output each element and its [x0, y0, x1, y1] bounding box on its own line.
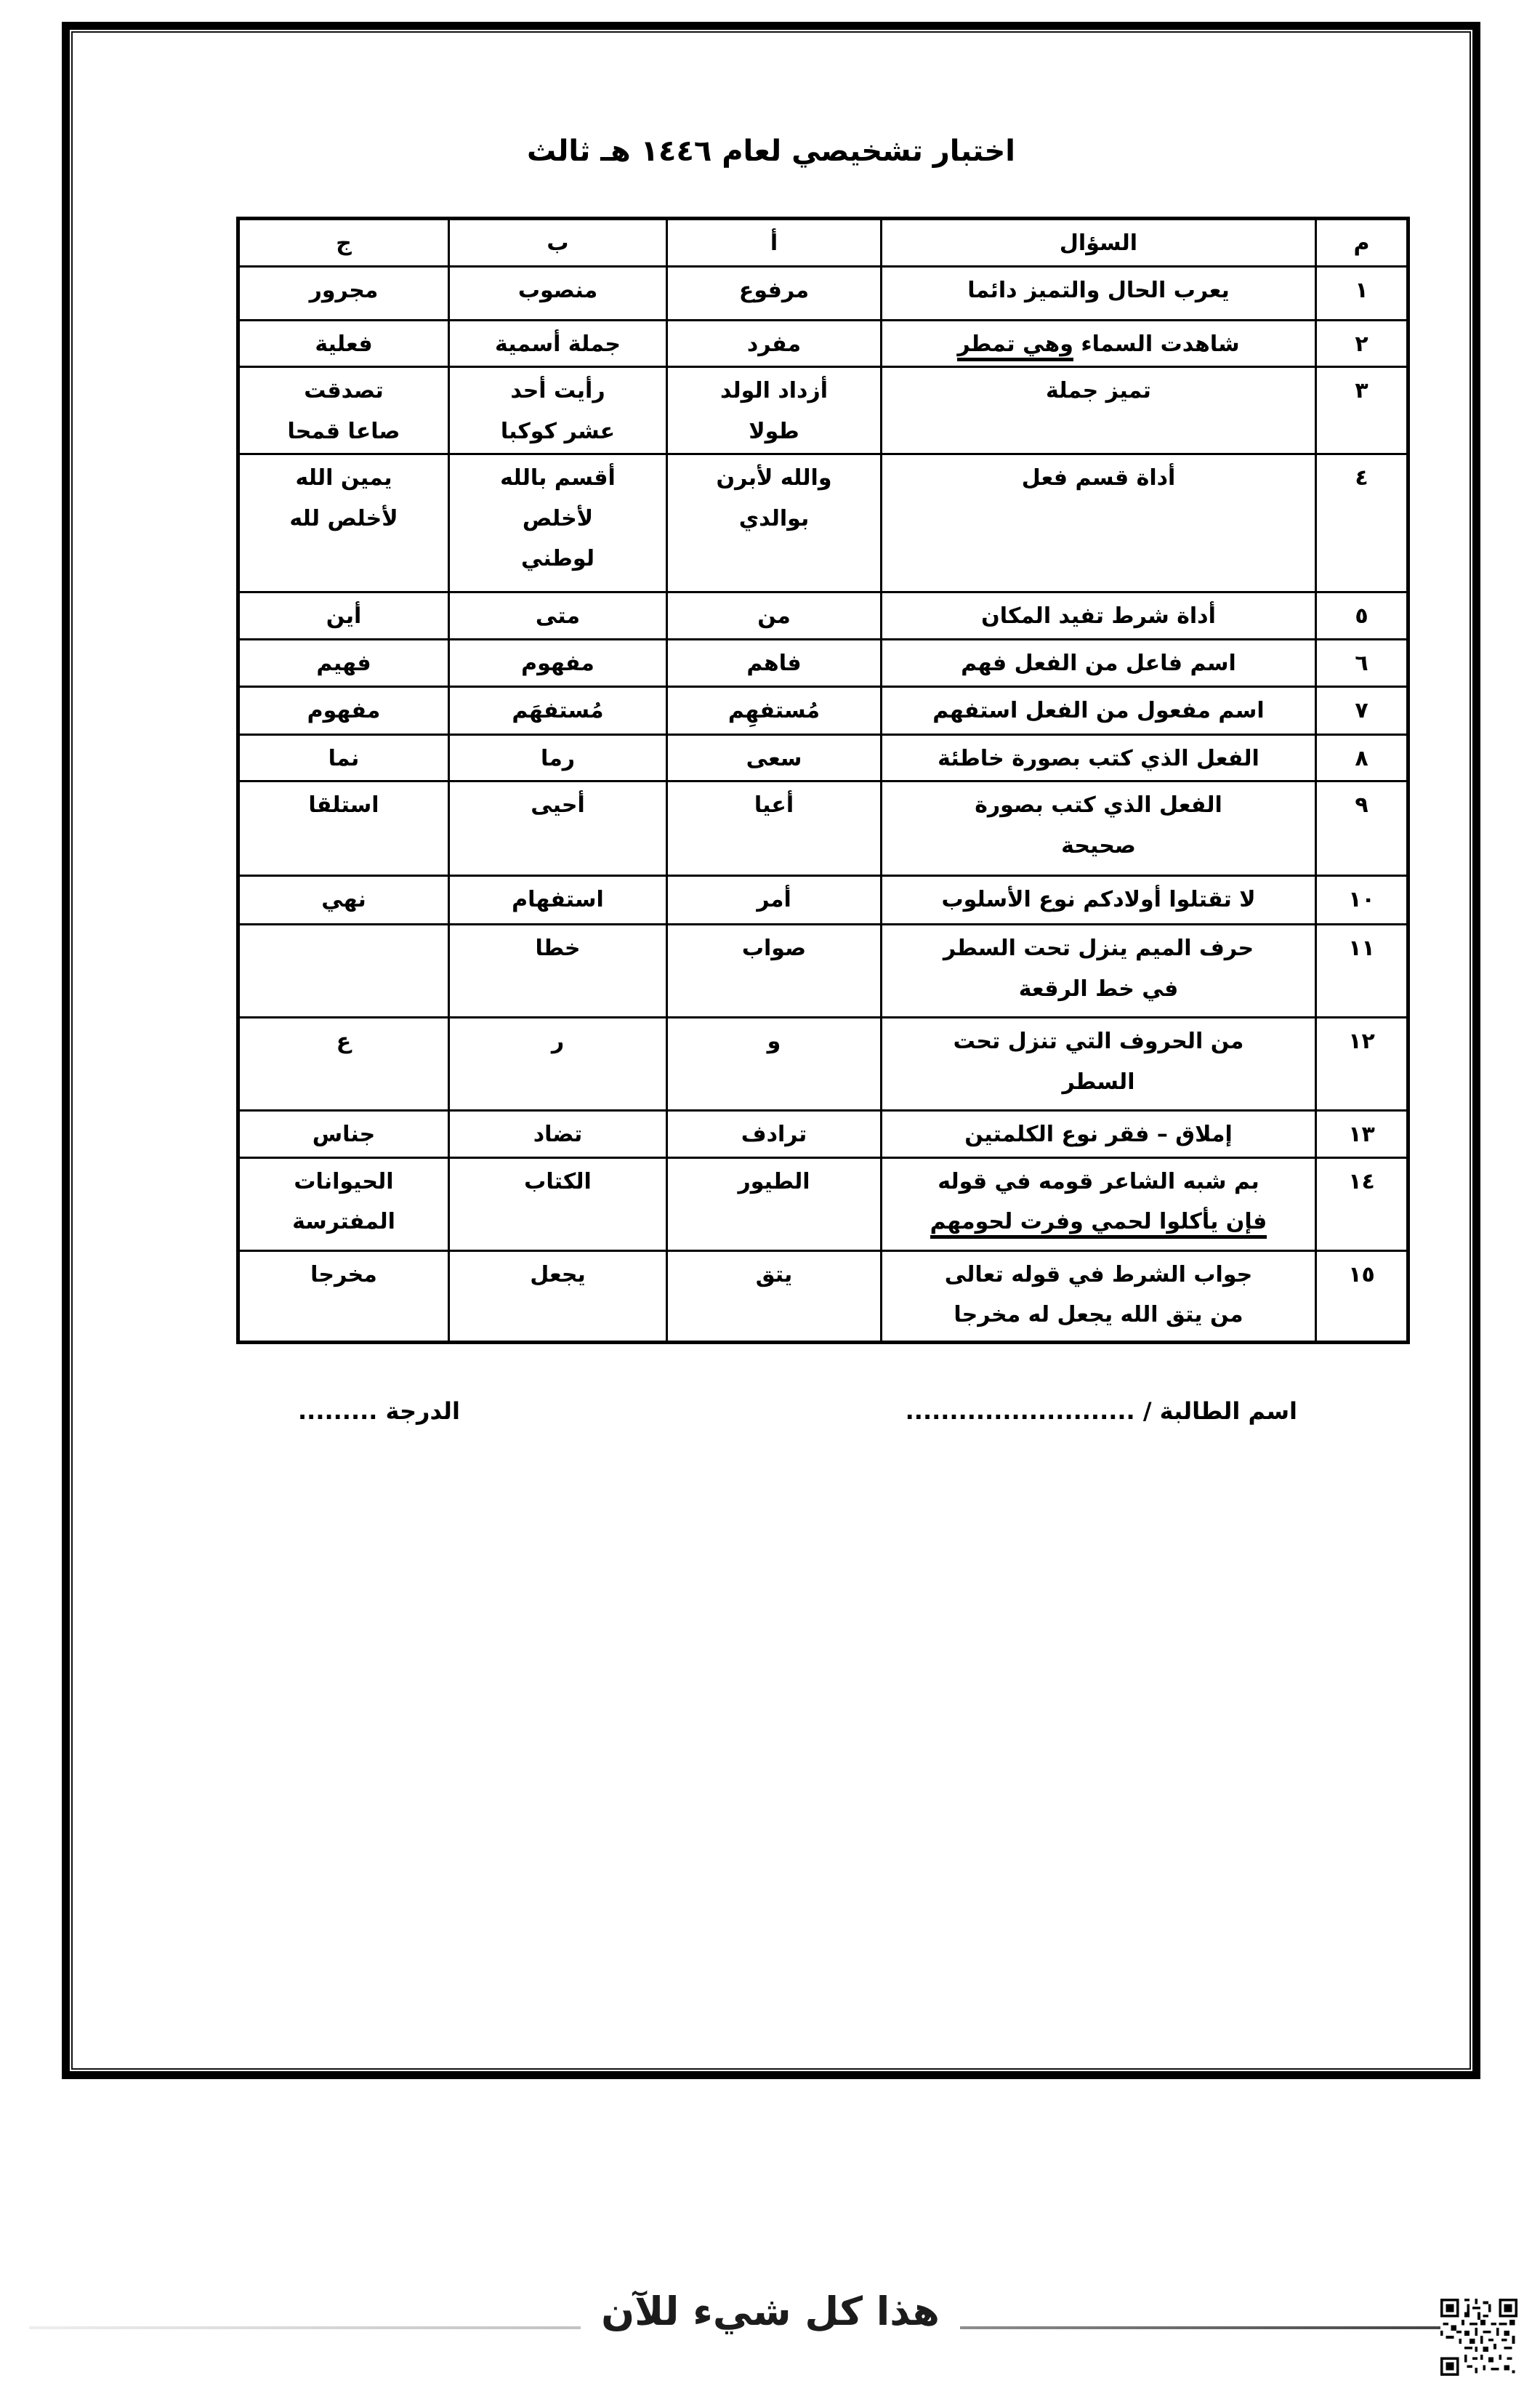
question-cell: الفعل الذي كتب بصورة خاطئة — [882, 734, 1316, 781]
header-num: م — [1316, 219, 1408, 267]
choice-a: من — [667, 592, 882, 640]
question-number: ٦ — [1316, 639, 1408, 686]
question-text: أداة شرط تفيد المكان — [981, 603, 1216, 629]
choice-c — [238, 925, 449, 1018]
footer-slogan-text: هذا كل شيء للآن — [581, 2289, 960, 2334]
question-number: ١٥ — [1316, 1250, 1408, 1342]
choice-c: مجرور — [238, 266, 449, 320]
choice-a: والله لأبرن بوالدي — [667, 454, 882, 592]
table-row: ١٣ إملاق – فقر نوع الكلمتين ترادف تضاد ج… — [238, 1111, 1408, 1158]
question-cell: جواب الشرط في قوله تعالى من يتق الله يجع… — [882, 1250, 1316, 1342]
choice-b: أقسم بالله لأخلص لوطني — [449, 454, 667, 592]
question-text: الفعل الذي كتب بصورة صحيحة — [975, 792, 1222, 859]
question-number: ١٤ — [1316, 1157, 1408, 1250]
choice-b: جملة أسمية — [449, 320, 667, 367]
table-row: ١٢ من الحروف التي تنزل تحت السطر و ر ع — [238, 1018, 1408, 1111]
table-row: ١ يعرب الحال والتميز دائما مرفوع منصوب م… — [238, 266, 1408, 320]
student-name-label: اسم الطالبة / .......................... — [906, 1397, 1297, 1425]
table-row: ٧ اسم مفعول من الفعل استفهم مُستفهِم مُس… — [238, 686, 1408, 734]
choice-a: فاهم — [667, 639, 882, 686]
choice-c: نهي — [238, 876, 449, 925]
question-cell: الفعل الذي كتب بصورة صحيحة — [882, 781, 1316, 876]
choice-c: يمين الله لأخلص لله — [238, 454, 449, 592]
choice-b: متى — [449, 592, 667, 640]
choice-b: الكتاب — [449, 1157, 667, 1250]
choice-b: رأيت أحد عشر كوكبا — [449, 367, 667, 454]
table-row: ٨ الفعل الذي كتب بصورة خاطئة سعى رما نما — [238, 734, 1408, 781]
table-row: ١٤ بم شبه الشاعر قومه في قوله فإن يأكلوا… — [238, 1157, 1408, 1250]
question-text: بم شبه الشاعر قومه في قوله — [938, 1169, 1259, 1194]
question-text: لا تقتلوا أولادكم نوع الأسلوب — [941, 887, 1255, 912]
choice-a: أعيا — [667, 781, 882, 876]
question-cell: أداة قسم فعل — [882, 454, 1316, 592]
question-number: ٥ — [1316, 592, 1408, 640]
choice-c: فعلية — [238, 320, 449, 367]
question-cell: من الحروف التي تنزل تحت السطر — [882, 1018, 1316, 1111]
choice-a: مفرد — [667, 320, 882, 367]
choice-b: يجعل — [449, 1250, 667, 1342]
question-text: شاهدت السماء — [1073, 331, 1240, 357]
header-question: السؤال — [882, 219, 1316, 267]
question-number: ٤ — [1316, 454, 1408, 592]
question-number: ٢ — [1316, 320, 1408, 367]
choice-c: الحيوانات المفترسة — [238, 1157, 449, 1250]
question-cell: شاهدت السماء وهي تمطر — [882, 320, 1316, 367]
question-number: ٣ — [1316, 367, 1408, 454]
header-row: م السؤال أ ب ج — [238, 219, 1408, 267]
exam-table: م السؤال أ ب ج ١ يعرب الحال والتميز دائم… — [236, 217, 1410, 1344]
footer-slogan: هذا كل شيء للآن — [62, 2289, 1479, 2334]
choice-b: مفهوم — [449, 639, 667, 686]
table-row: ٤ أداة قسم فعل والله لأبرن بوالدي أقسم ب… — [238, 454, 1408, 592]
choice-b: استفهام — [449, 876, 667, 925]
choice-c: مخرجا — [238, 1250, 449, 1342]
choice-c: ع — [238, 1018, 449, 1111]
choice-c: جناس — [238, 1111, 449, 1158]
choice-c: أين — [238, 592, 449, 640]
question-number: ١١ — [1316, 925, 1408, 1018]
table-row: ٣ تميز جملة أزداد الولد طولا رأيت أحد عش… — [238, 367, 1408, 454]
choice-a: الطيور — [667, 1157, 882, 1250]
question-cell: لا تقتلوا أولادكم نوع الأسلوب — [882, 876, 1316, 925]
choice-b: رما — [449, 734, 667, 781]
question-cell: اسم فاعل من الفعل فهم — [882, 639, 1316, 686]
question-underlined: فإن يأكلوا لحمي وفرت لحومهم — [930, 1209, 1267, 1239]
page-title: اختبار تشخيصي لعام ١٤٤٦ هـ ثالث — [62, 134, 1480, 168]
choice-a: ترادف — [667, 1111, 882, 1158]
question-cell: بم شبه الشاعر قومه في قوله فإن يأكلوا لح… — [882, 1157, 1316, 1250]
question-text: الفعل الذي كتب بصورة خاطئة — [938, 746, 1259, 771]
choice-b: خطا — [449, 925, 667, 1018]
question-number: ٩ — [1316, 781, 1408, 876]
choice-c: فهيم — [238, 639, 449, 686]
question-text: إملاق – فقر نوع الكلمتين — [964, 1122, 1233, 1147]
table-row: ١٥ جواب الشرط في قوله تعالى من يتق الله … — [238, 1250, 1408, 1342]
question-number: ٨ — [1316, 734, 1408, 781]
choice-b: مُستفهَم — [449, 686, 667, 734]
document-page: { "page": { "title": "اختبار تشخيصي لعام… — [0, 0, 1540, 2399]
choice-c: استلقا — [238, 781, 449, 876]
choice-a: مرفوع — [667, 266, 882, 320]
question-number: ١٠ — [1316, 876, 1408, 925]
question-cell: حرف الميم ينزل تحت السطر في خط الرقعة — [882, 925, 1316, 1018]
question-number: ١ — [1316, 266, 1408, 320]
header-choice-b: ب — [449, 219, 667, 267]
question-text: جواب الشرط في قوله تعالى من يتق الله يجع… — [945, 1262, 1253, 1328]
question-text: تميز جملة — [1046, 378, 1151, 403]
choice-b: أحيى — [449, 781, 667, 876]
question-cell: أداة شرط تفيد المكان — [882, 592, 1316, 640]
question-cell: إملاق – فقر نوع الكلمتين — [882, 1111, 1316, 1158]
choice-a: و — [667, 1018, 882, 1111]
grade-label: الدرجة ......... — [298, 1397, 460, 1425]
question-text: اسم فاعل من الفعل فهم — [961, 651, 1236, 676]
question-number: ١٣ — [1316, 1111, 1408, 1158]
choice-c: مفهوم — [238, 686, 449, 734]
choice-b: ر — [449, 1018, 667, 1111]
choice-a: أزداد الولد طولا — [667, 367, 882, 454]
question-number: ١٢ — [1316, 1018, 1408, 1111]
question-text: من الحروف التي تنزل تحت السطر — [954, 1029, 1244, 1095]
choice-a: صواب — [667, 925, 882, 1018]
choice-b: منصوب — [449, 266, 667, 320]
header-choice-c: ج — [238, 219, 449, 267]
question-number: ٧ — [1316, 686, 1408, 734]
table-row: ٥ أداة شرط تفيد المكان من متى أين — [238, 592, 1408, 640]
header-choice-a: أ — [667, 219, 882, 267]
choice-c: نما — [238, 734, 449, 781]
question-text: اسم مفعول من الفعل استفهم — [932, 698, 1264, 723]
choice-a: يتق — [667, 1250, 882, 1342]
question-cell: تميز جملة — [882, 367, 1316, 454]
question-text: أداة قسم فعل — [1022, 465, 1176, 491]
table-row: ٦ اسم فاعل من الفعل فهم فاهم مفهوم فهيم — [238, 639, 1408, 686]
question-text: حرف الميم ينزل تحت السطر في خط الرقعة — [943, 936, 1254, 1002]
choice-a: مُستفهِم — [667, 686, 882, 734]
choice-a: أمر — [667, 876, 882, 925]
choice-b: تضاد — [449, 1111, 667, 1158]
question-text: يعرب الحال والتميز دائما — [967, 278, 1230, 303]
table-row: ٢ شاهدت السماء وهي تمطر مفرد جملة أسمية … — [238, 320, 1408, 367]
question-cell: يعرب الحال والتميز دائما — [882, 266, 1316, 320]
name-grade-line: اسم الطالبة / ..........................… — [236, 1397, 1406, 1425]
table-row: ٩ الفعل الذي كتب بصورة صحيحة أعيا أحيى ا… — [238, 781, 1408, 876]
table-row: ١١ حرف الميم ينزل تحت السطر في خط الرقعة… — [238, 925, 1408, 1018]
choice-a: سعى — [667, 734, 882, 781]
table-row: ١٠ لا تقتلوا أولادكم نوع الأسلوب أمر است… — [238, 876, 1408, 925]
choice-c: تصدقت صاعا قمحا — [238, 367, 449, 454]
question-underlined: وهي تمطر — [957, 331, 1073, 361]
question-cell: اسم مفعول من الفعل استفهم — [882, 686, 1316, 734]
